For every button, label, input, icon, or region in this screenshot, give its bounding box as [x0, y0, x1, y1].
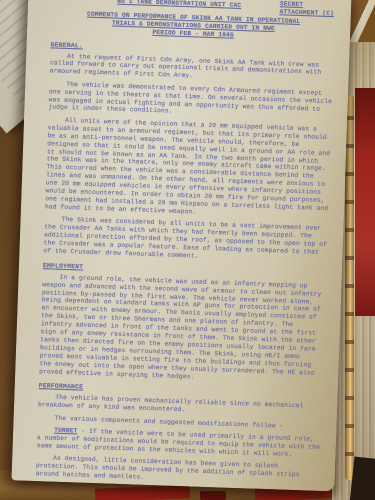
- page-content: SECRET ATTACHMENT (C) No 1 TANK DEMONSTR…: [35, 0, 336, 491]
- red-book-spine: [355, 88, 375, 316]
- typewritten-page: SECRET ATTACHMENT (C) No 1 TANK DEMONSTR…: [11, 0, 351, 491]
- pencil-brand-marks: [345, 95, 354, 480]
- red-cover-patch: [200, 491, 226, 500]
- turret-text: - If the vehicle were to be used primari…: [37, 428, 321, 458]
- red-cover-patch: [95, 485, 190, 500]
- classification-block: SECRET ATTACHMENT (C): [279, 0, 334, 18]
- paragraph: In a ground role, the vehicle was used a…: [39, 273, 326, 386]
- turret-label: TURRET: [54, 427, 78, 435]
- paragraph: All units were of the opinion that a 20 …: [45, 116, 332, 221]
- paragraph: The vehicle was demonstrated to every Cd…: [48, 80, 333, 122]
- dark-book-corner: [350, 457, 375, 500]
- pencil: [345, 95, 354, 480]
- paragraph: The Skink was considered by all units to…: [43, 215, 328, 264]
